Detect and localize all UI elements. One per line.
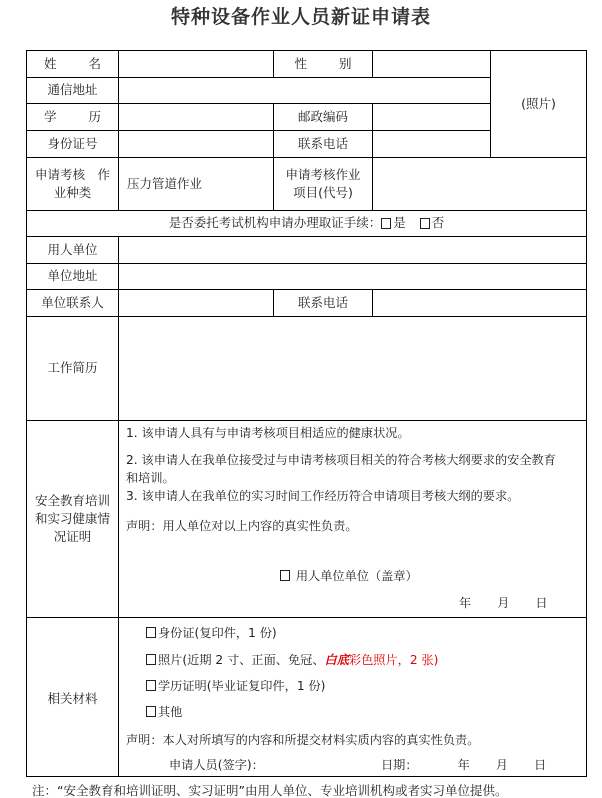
employer-address-field[interactable] [119, 264, 586, 289]
postcode-label: 邮政编码 [274, 104, 372, 130]
yes-checkbox[interactable] [381, 218, 391, 229]
employer-label: 用人单位 [27, 237, 118, 263]
employer-address-label: 单位地址 [27, 264, 118, 289]
other-checkbox[interactable] [146, 706, 156, 717]
material-education: 学历证明(毕业证复印件，1 份) [146, 677, 325, 694]
certification-item-2-cont: 和培训。 [126, 469, 175, 486]
seal-label: 用人单位单位（盖章） [296, 569, 418, 583]
no-label: 否 [432, 214, 445, 232]
employer-field[interactable] [119, 237, 586, 263]
certification-item-1: 1. 该申请人具有与申请考核项目相适应的健康状况。 [126, 424, 410, 441]
address-field[interactable] [119, 78, 490, 103]
signature-date: 日期：年月日 [381, 756, 546, 773]
address-label: 通信地址 [27, 78, 118, 103]
name-label: 姓名 [27, 51, 118, 77]
page-title: 特种设备作业人员新证申请表 [0, 2, 602, 29]
resume-label: 工作简历 [27, 317, 118, 420]
id-number-field[interactable] [119, 131, 273, 157]
material-id-card: 身份证(复印件，1 份) [146, 624, 277, 641]
gender-field[interactable] [373, 51, 490, 77]
postcode-field[interactable] [373, 104, 490, 130]
id-card-checkbox[interactable] [146, 627, 156, 638]
photo-label: (照片) [521, 95, 556, 113]
delegate-question: 是否委托考试机构申请办理取证手续： [169, 214, 382, 232]
exam-item-label: 申请考核作业 项目(代号) [274, 158, 372, 210]
certification-statement: 声明：用人单位对以上内容的真实性负责。 [126, 517, 358, 534]
seal-checkbox[interactable] [280, 570, 290, 581]
employer-phone-label: 联系电话 [274, 290, 372, 316]
table-border-bottom [26, 776, 587, 777]
photo-box[interactable]: (照片) [491, 51, 586, 157]
gender-label: 性别 [274, 51, 372, 77]
education-label: 学历 [27, 104, 118, 130]
signature-row: 申请人员(签字)： [169, 756, 264, 773]
employer-contact-label: 单位联系人 [27, 290, 118, 316]
id-number-label: 身份证号 [27, 131, 118, 157]
phone-label: 联系电话 [274, 131, 372, 157]
signature-label: 申请人员(签字)： [169, 758, 264, 772]
phone-field[interactable] [373, 131, 490, 157]
employer-phone-field[interactable] [373, 290, 586, 316]
name-field[interactable] [119, 51, 273, 77]
seal-row: 用人单位单位（盖章） [280, 567, 418, 584]
material-photo: 照片(近期 2 寸、正面、免冠、白底彩色照片，2 张) [146, 651, 438, 668]
table-border-right [586, 50, 587, 777]
certification-item-2: 2. 该申请人在我单位接受过与申请考核项目相关的符合考核大纲要求的安全教育 [126, 451, 556, 468]
material-other: 其他 [146, 703, 182, 720]
footnote: 注：“安全教育和培训证明、实习证明”由用人单位、专业培训机构或者实习单位提供。 [32, 781, 507, 798]
certification-date: 年月日 [459, 594, 548, 611]
education-field[interactable] [119, 104, 273, 130]
exam-category-field[interactable]: 压力管道作业 [119, 158, 273, 210]
photo-checkbox[interactable] [146, 654, 156, 665]
exam-category-label: 申请考核 作 业种类 [27, 158, 118, 210]
certification-item-3: 3. 该申请人在我单位的实习时间工作经历符合申请项目考核大纲的要求。 [126, 487, 519, 504]
employer-contact-field[interactable] [119, 290, 273, 316]
no-checkbox[interactable] [420, 218, 430, 229]
yes-label: 是 [393, 214, 406, 232]
exam-item-field[interactable] [373, 158, 586, 210]
education-checkbox[interactable] [146, 680, 156, 691]
certification-label: 安全教育培训 和实习健康情 况证明 [27, 421, 118, 617]
materials-label: 相关材料 [27, 618, 118, 776]
resume-field[interactable] [119, 317, 586, 420]
materials-statement: 声明：本人对所填写的内容和所提交材料实质内容的真实性负责。 [126, 731, 479, 748]
delegate-row: 是否委托考试机构申请办理取证手续： 是 否 [27, 211, 586, 236]
